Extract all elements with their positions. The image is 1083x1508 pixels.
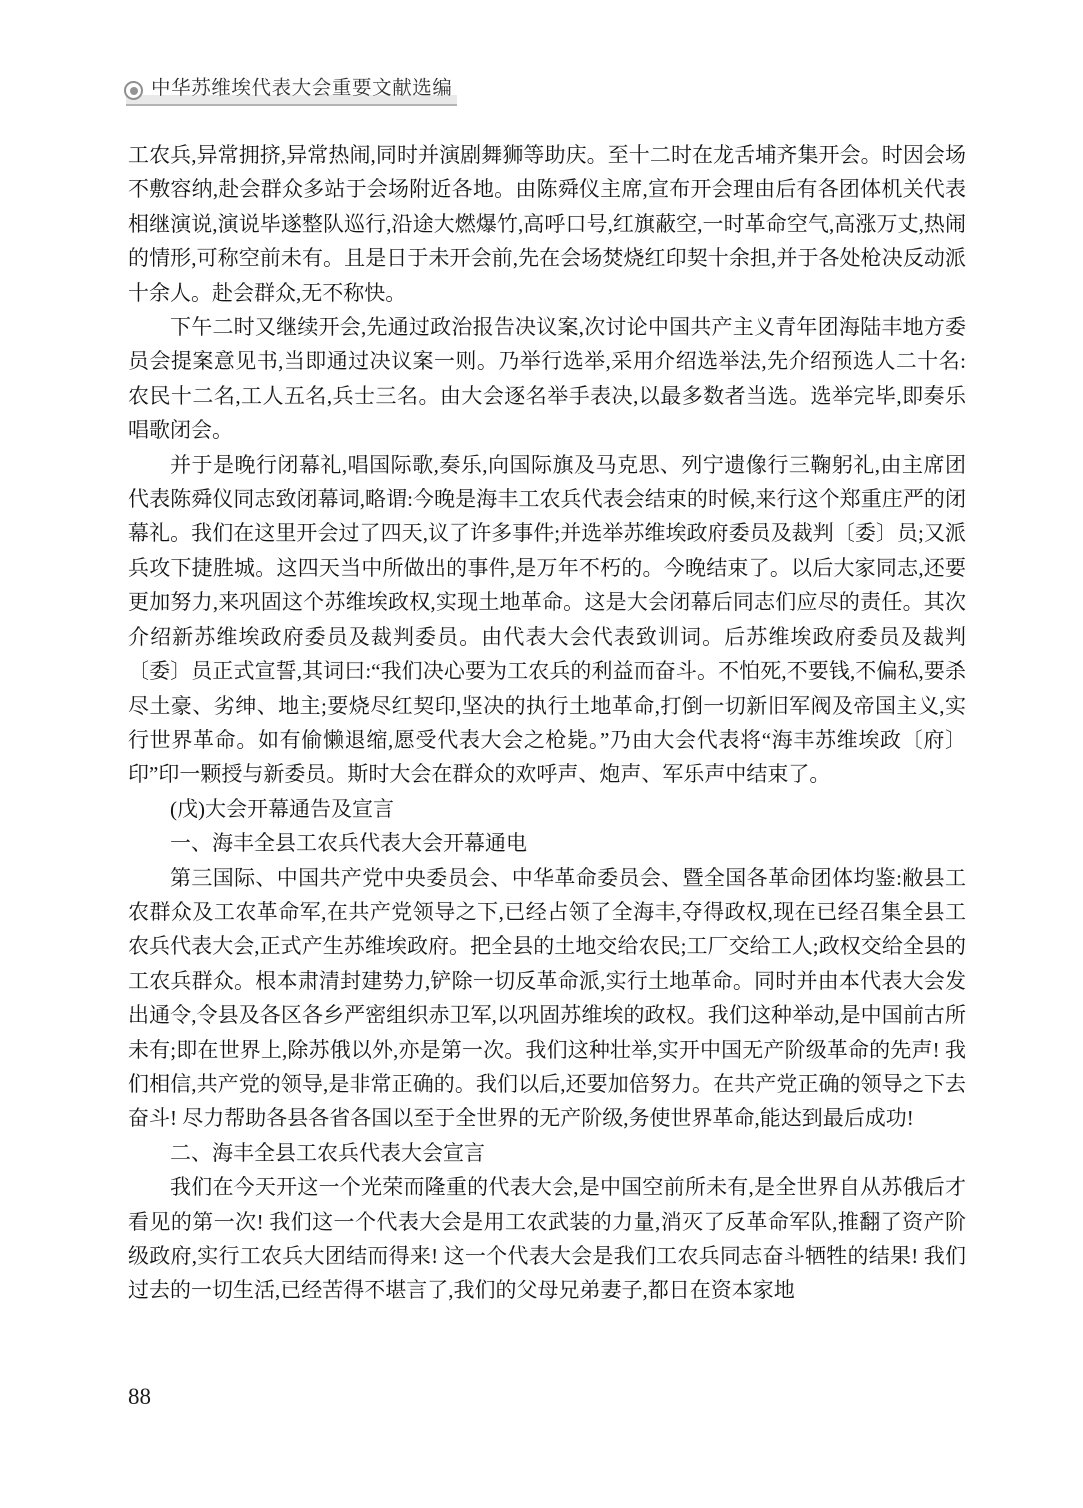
section-heading-wu: (戊)大会开幕通告及宣言 xyxy=(128,792,966,826)
paragraph-opening-continuation: 工农兵,异常拥挤,异常热闹,同时并演剧舞狮等助庆。至十二时在龙舌埔齐集开会。时因… xyxy=(128,138,966,310)
book-title: 中华苏维埃代表大会重要文献选编 xyxy=(151,77,453,101)
page-number: 88 xyxy=(128,1384,151,1410)
subheading-opening-telegram: 一、海丰全县工农兵代表大会开幕通电 xyxy=(128,826,966,860)
bullet-circle-dot xyxy=(130,87,138,95)
paragraph-declaration-body: 我们在今天开这一个光荣而隆重的代表大会,是中国空前所未有,是全世界自从苏俄后才看… xyxy=(128,1170,966,1308)
bullet-circle-icon xyxy=(124,81,143,100)
page-body: 工农兵,异常拥挤,异常热闹,同时并演剧舞狮等助庆。至十二时在龙舌埔齐集开会。时因… xyxy=(128,138,966,1308)
paragraph-telegram-body: 第三国际、中国共产党中央委员会、中华革命委员会、暨全国各革命团体均鉴:敝县工农群… xyxy=(128,861,966,1136)
book-page: 中华苏维埃代表大会重要文献选编 工农兵,异常拥挤,异常热闹,同时并演剧舞狮等助庆… xyxy=(0,0,1083,1508)
paragraph-closing-ceremony: 并于是晚行闭幕礼,唱国际歌,奏乐,向国际旗及马克思、列宁遗像行三鞠躬礼,由主席团… xyxy=(128,448,966,792)
paragraph-afternoon-session: 下午二时又继续开会,先通过政治报告决议案,次讨论中国共产主义青年团海陆丰地方委员… xyxy=(128,310,966,448)
subheading-congress-declaration: 二、海丰全县工农兵代表大会宣言 xyxy=(128,1136,966,1170)
